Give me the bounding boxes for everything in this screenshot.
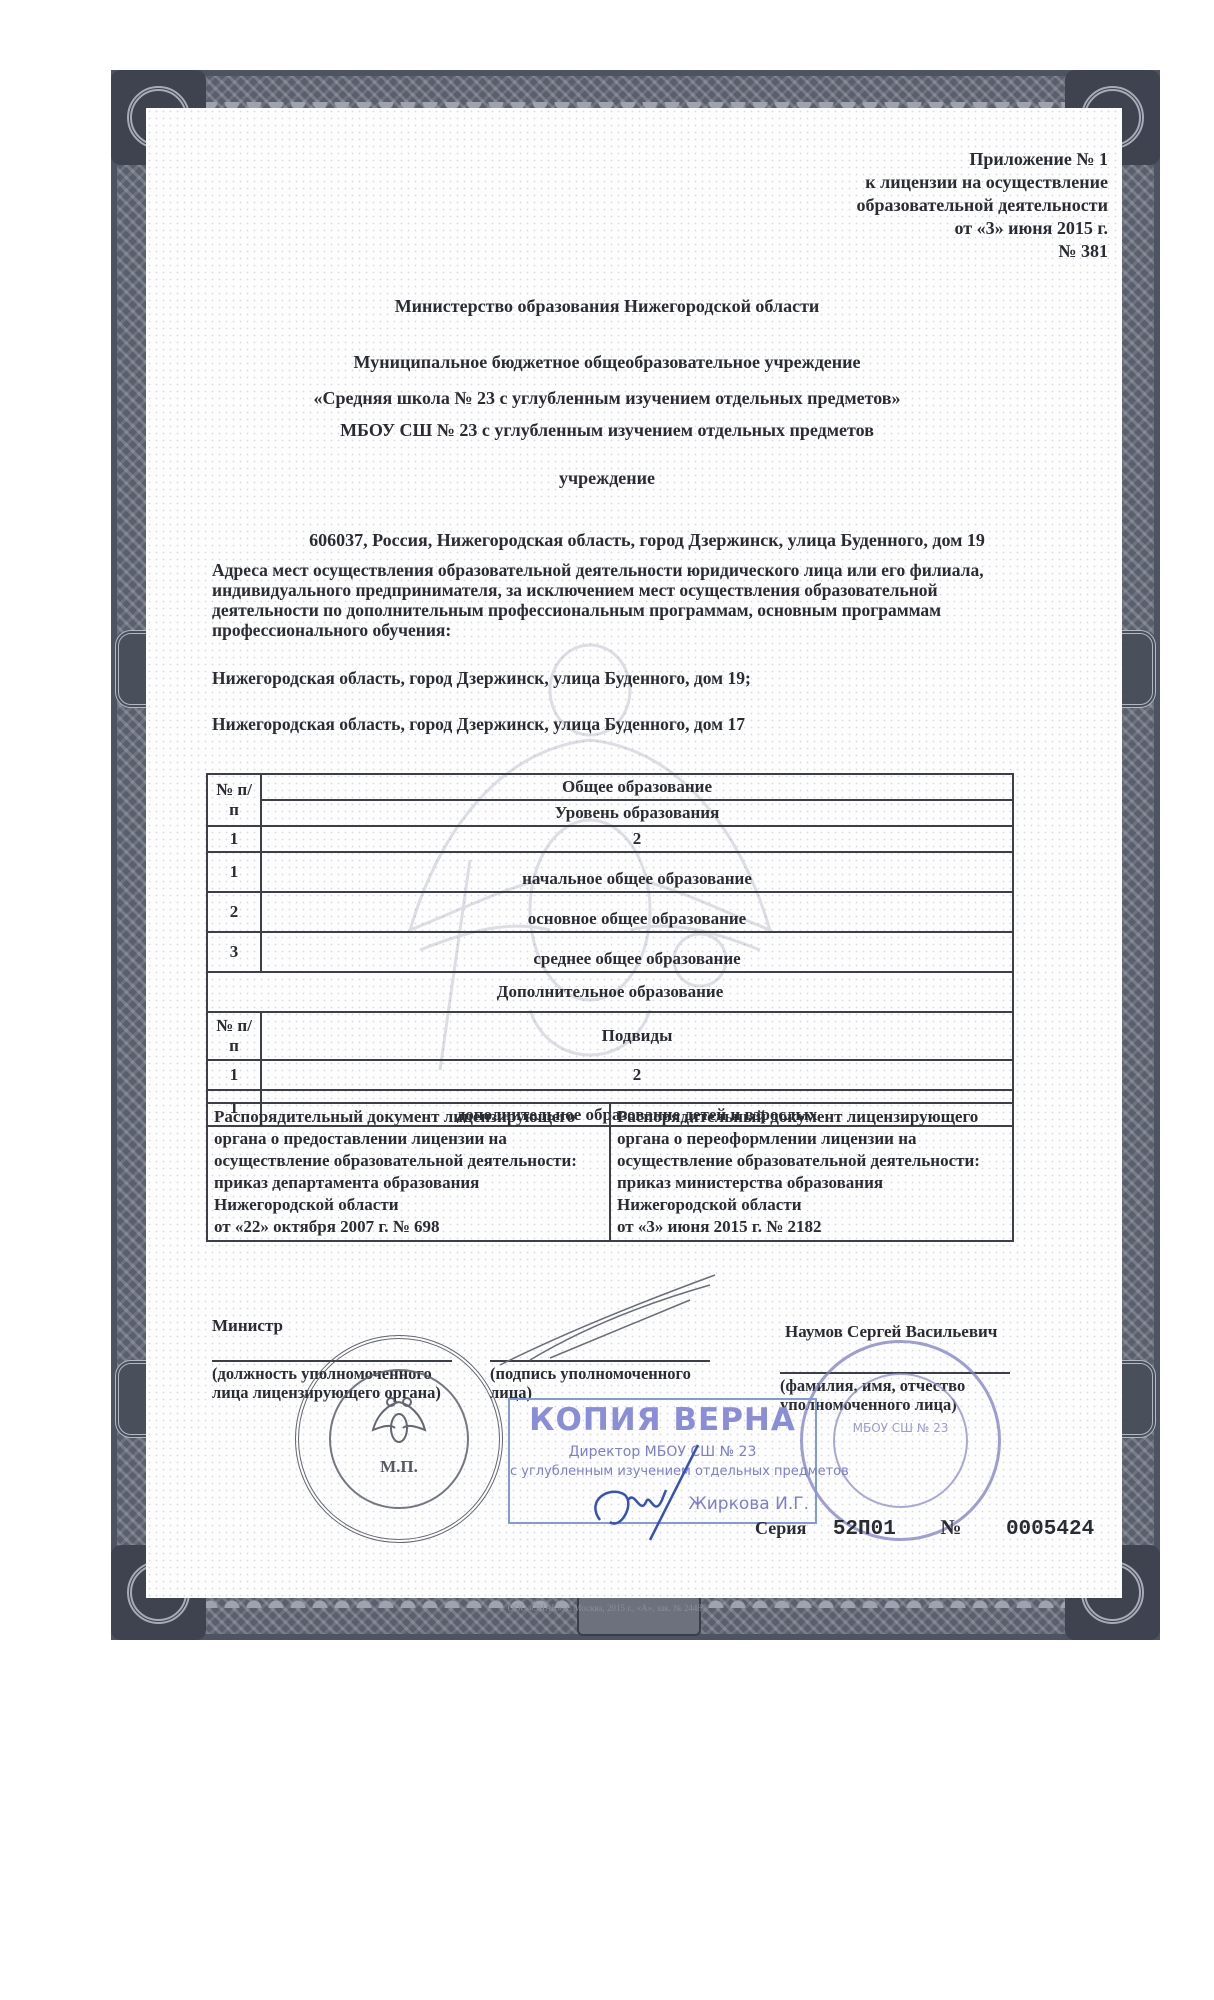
issuer-name: Министерство образования Нижегородской о…	[0, 296, 1214, 317]
blank-series: Серия 52П01 № 0005424	[755, 1515, 1094, 1541]
column-index: 2	[261, 826, 1013, 852]
education-level: среднее общее образование	[261, 932, 1013, 972]
institution-full-name: Муниципальное бюджетное общеобразователь…	[0, 352, 1214, 373]
institution-short-name: МБОУ СШ № 23 с углубленным изучением отд…	[0, 420, 1214, 441]
border-bottom-tab	[577, 1594, 701, 1636]
school-seal-center: МБОУ СШ № 23	[803, 1421, 998, 1435]
institution-address: 606037, Россия, Нижегородская область, г…	[40, 530, 1214, 551]
column-header: Уровень образования	[261, 800, 1013, 826]
doc-line: органа о предоставлении лицензии на	[214, 1128, 603, 1150]
appendix-subtitle: образовательной деятельности	[857, 194, 1109, 217]
stamp-title: КОПИЯ ВЕРНА	[510, 1402, 815, 1438]
column-index: 2	[261, 1060, 1013, 1090]
reissue-document: Распорядительный документ лицензирующего…	[610, 1103, 1013, 1241]
place-address: Нижегородская область, город Дзержинск, …	[212, 668, 751, 689]
num-header: № п/п	[207, 1012, 261, 1060]
table-row: 1 начальное общее образование	[207, 852, 1013, 892]
row-number: 1	[207, 852, 261, 892]
places-intro: Адреса мест осуществления образовательно…	[212, 560, 1012, 640]
seal-label: М.П.	[299, 1457, 499, 1477]
doc-line: приказ департамента образования	[214, 1172, 603, 1194]
education-table: № п/п Общее образование Уровень образова…	[206, 773, 1014, 1127]
appendix-subtitle: к лицензии на осуществление	[857, 171, 1109, 194]
school-seal: МБОУ СШ № 23	[800, 1340, 1001, 1541]
series-value: 52П01	[833, 1518, 896, 1541]
grant-document: Распорядительный документ лицензирующего…	[207, 1103, 610, 1241]
printer-note: ООО «ЗНАК», г. Москва, 2015 г., «А», зак…	[0, 1603, 1214, 1613]
licensing-documents-table: Распорядительный документ лицензирующего…	[206, 1102, 1014, 1242]
table-row: 3 среднее общее образование	[207, 932, 1013, 972]
column-header: Подвиды	[261, 1012, 1013, 1060]
director-signature-icon	[580, 1440, 720, 1550]
section-title: Дополнительное образование	[207, 972, 1013, 1012]
doc-line: Распорядительный документ лицензирующего	[214, 1106, 603, 1128]
section-title: Общее образование	[261, 774, 1013, 800]
row-number: 3	[207, 932, 261, 972]
number-label: №	[940, 1515, 961, 1539]
education-level: начальное общее образование	[261, 852, 1013, 892]
table-row: 2 основное общее образование	[207, 892, 1013, 932]
doc-line: Нижегородской области	[617, 1194, 1006, 1216]
minister-signature-icon	[490, 1270, 720, 1370]
doc-line: Распорядительный документ лицензирующего	[617, 1106, 1006, 1128]
appendix-title: Приложение № 1	[857, 148, 1109, 171]
blank-number: 0005424	[1006, 1518, 1094, 1541]
signatory-position: Министр	[212, 1316, 283, 1336]
institution-full-name: «Средняя школа № 23 с углубленным изучен…	[0, 388, 1214, 409]
doc-date: от «22» октября 2007 г. № 698	[214, 1216, 603, 1238]
doc-date: от «3» июня 2015 г. № 2182	[617, 1216, 1006, 1238]
doc-line: осуществление образовательной деятельнос…	[617, 1150, 1006, 1172]
series-label: Серия	[755, 1518, 806, 1538]
appendix-date: от «3» июня 2015 г.	[857, 217, 1109, 240]
appendix-header: Приложение № 1 к лицензии на осуществлен…	[857, 148, 1109, 263]
government-seal: М.П.	[295, 1335, 503, 1543]
signatory-name: Наумов Сергей Васильевич	[785, 1322, 997, 1342]
eagle-emblem-icon	[369, 1394, 429, 1454]
doc-line: осуществление образовательной деятельнос…	[214, 1150, 603, 1172]
column-index: 1	[207, 1060, 261, 1090]
doc-line: приказ министерства образования	[617, 1172, 1006, 1194]
place-address: Нижегородская область, город Дзержинск, …	[212, 714, 745, 735]
row-number: 2	[207, 892, 261, 932]
num-header: № п/п	[207, 774, 261, 826]
education-level: основное общее образование	[261, 892, 1013, 932]
appendix-number: № 381	[857, 240, 1109, 263]
doc-line: Нижегородской области	[214, 1194, 603, 1216]
column-index: 1	[207, 826, 261, 852]
institution-type: учреждение	[0, 468, 1214, 489]
doc-line: органа о переоформлении лицензии на	[617, 1128, 1006, 1150]
